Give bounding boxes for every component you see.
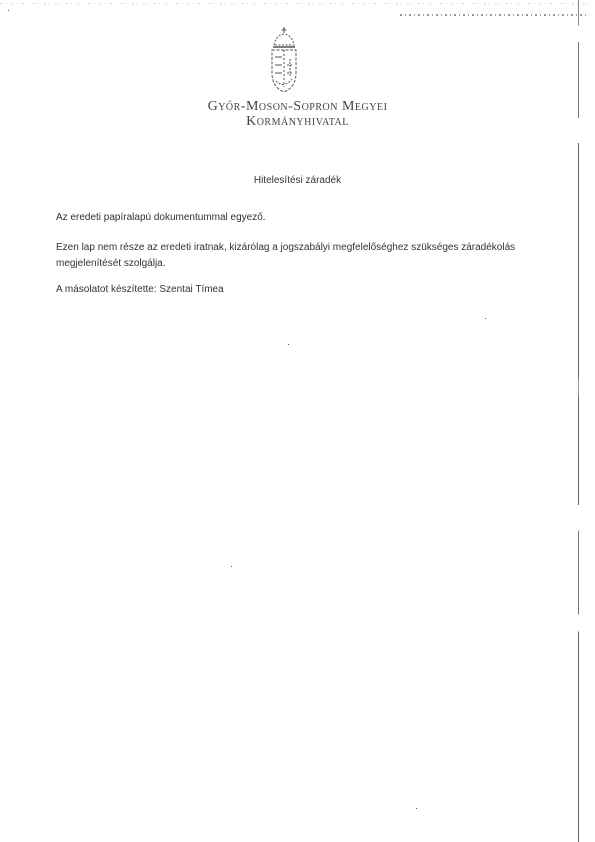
scan-artifact-header-strip: [400, 14, 588, 16]
organization-name-line2: Kormányhivatal: [0, 114, 595, 130]
clause-note: Ezen lap nem része az eredeti iratnak, k…: [56, 240, 546, 272]
hungarian-coat-of-arms-icon: [266, 25, 302, 95]
organization-name-line1: Győr-Moson-Sopron Megyei: [0, 99, 595, 115]
scan-artifact-top-line: [0, 3, 590, 4]
authentication-statement: Az eredeti papíralapú dokumentummal egye…: [56, 210, 546, 226]
scan-speck: [288, 344, 289, 345]
scan-speck: [231, 566, 232, 567]
scanned-page: Győr-Moson-Sopron Megyei Kormányhivatal …: [0, 0, 595, 842]
copy-prepared-by: A másolatot készítette: Szentai Tímea: [56, 282, 546, 298]
scan-speck: [485, 318, 486, 319]
scan-speck: [416, 808, 417, 809]
scan-speck: [8, 10, 9, 11]
document-title: Hitelesítési záradék: [0, 175, 595, 186]
